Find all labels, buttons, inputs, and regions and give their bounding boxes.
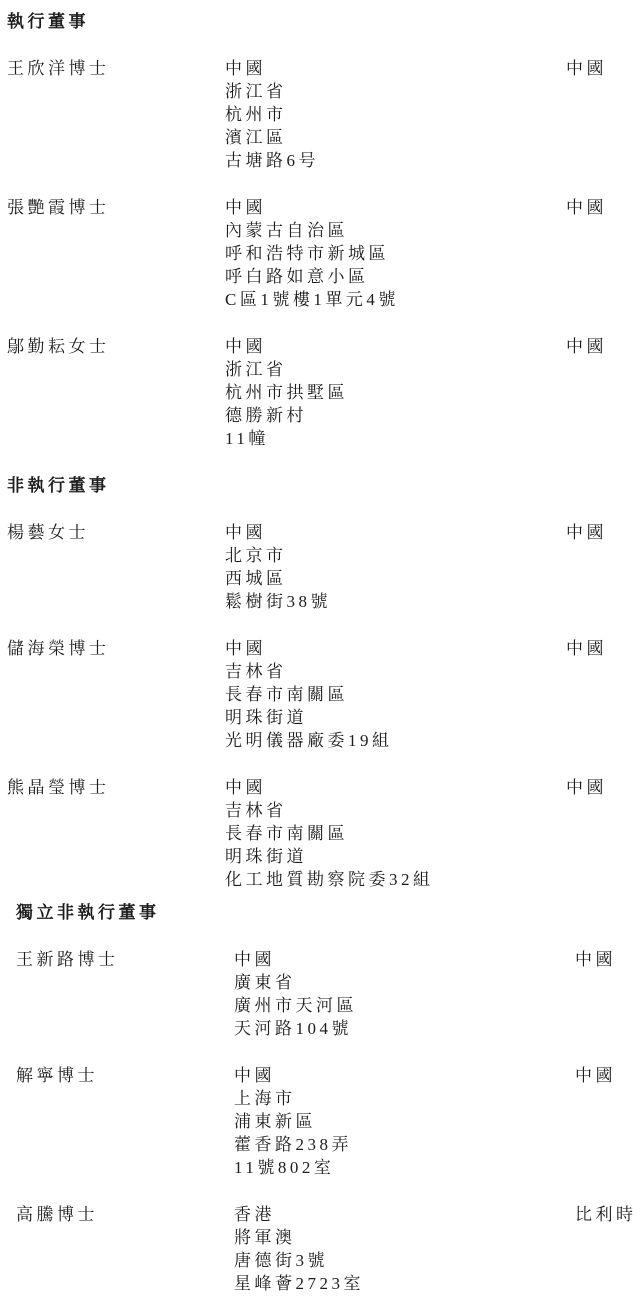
address-line: 唐德街3號 — [234, 1249, 575, 1272]
director-address: 香港將軍澳唐德街3號星峰薈2723室 — [234, 1203, 575, 1295]
address-line: 天河路104號 — [234, 1017, 575, 1040]
address-line: 中國 — [225, 776, 566, 799]
address-line: 明珠街道 — [225, 706, 566, 729]
director-row: 王新路博士 中國廣東省廣州市天河區天河路104號 中國 — [16, 948, 640, 1040]
section-heading: 非執行董事 — [7, 474, 640, 497]
section-rows: 王欣洋博士 中國浙江省杭州市濱江區古塘路6号 中國 張艷霞博士 中國內蒙古自治區… — [7, 57, 640, 450]
address-line: 古塘路6号 — [225, 149, 566, 172]
director-name: 王新路博士 — [16, 948, 234, 971]
director-address: 中國北京市西城區鬆樹街38號 — [225, 521, 566, 613]
address-line: 化工地質勘察院委32組 — [225, 868, 566, 891]
address-line: 上海市 — [234, 1087, 575, 1110]
address-line: 中國 — [225, 637, 566, 660]
address-line: 明珠街道 — [225, 845, 566, 868]
director-nationality: 中國 — [566, 335, 640, 358]
address-line: 中國 — [225, 196, 566, 219]
address-line: 藿香路238弄 — [234, 1133, 575, 1156]
director-nationality: 中國 — [566, 196, 640, 219]
section-heading: 執行董事 — [7, 10, 640, 33]
directors-document-page: 執行董事 王欣洋博士 中國浙江省杭州市濱江區古塘路6号 中國 張艷霞博士 中國內… — [0, 0, 640, 1302]
address-line: C區1號樓1單元4號 — [225, 288, 566, 311]
address-line: 香港 — [234, 1203, 575, 1226]
section-rows: 楊藝女士 中國北京市西城區鬆樹街38號 中國 儲海榮博士 中國吉林省長春市南關區… — [7, 521, 640, 891]
director-address: 中國吉林省長春市南關區明珠街道光明儀器廠委19組 — [225, 637, 566, 752]
address-line: 杭州市 — [225, 103, 566, 126]
director-nationality: 比利時 — [575, 1203, 640, 1226]
address-line: 廣東省 — [234, 971, 575, 994]
director-nationality: 中國 — [566, 776, 640, 799]
director-address: 中國吉林省長春市南關區明珠街道化工地質勘察院委32組 — [225, 776, 566, 891]
director-row: 張艷霞博士 中國內蒙古自治區呼和浩特市新城區呼白路如意小區C區1號樓1單元4號 … — [7, 196, 640, 311]
director-nationality: 中國 — [575, 948, 640, 971]
address-line: 11幢 — [225, 427, 566, 450]
director-row: 鄔勤耘女士 中國浙江省杭州市拱墅區德勝新村11幢 中國 — [7, 335, 640, 450]
director-nationality: 中國 — [566, 57, 640, 80]
director-section: 獨立非執行董事 王新路博士 中國廣東省廣州市天河區天河路104號 中國 解寧博士… — [16, 901, 640, 1295]
address-line: 廣州市天河區 — [234, 994, 575, 1017]
director-name: 解寧博士 — [16, 1064, 234, 1087]
address-line: 中國 — [225, 57, 566, 80]
director-name: 王欣洋博士 — [7, 57, 225, 80]
director-nationality: 中國 — [566, 637, 640, 660]
address-line: 中國 — [225, 521, 566, 544]
director-address: 中國內蒙古自治區呼和浩特市新城區呼白路如意小區C區1號樓1單元4號 — [225, 196, 566, 311]
address-line: 11號802室 — [234, 1156, 575, 1179]
section-heading: 獨立非執行董事 — [16, 901, 640, 924]
address-line: 中國 — [234, 1064, 575, 1087]
director-section: 非執行董事 楊藝女士 中國北京市西城區鬆樹街38號 中國 儲海榮博士 中國吉林省… — [7, 474, 640, 891]
address-line: 濱江區 — [225, 126, 566, 149]
address-line: 內蒙古自治區 — [225, 219, 566, 242]
director-name: 高騰博士 — [16, 1203, 234, 1226]
director-address: 中國浙江省杭州市濱江區古塘路6号 — [225, 57, 566, 172]
director-row: 高騰博士 香港將軍澳唐德街3號星峰薈2723室 比利時 — [16, 1203, 640, 1295]
director-name: 鄔勤耘女士 — [7, 335, 225, 358]
address-line: 星峰薈2723室 — [234, 1272, 575, 1295]
director-address: 中國浙江省杭州市拱墅區德勝新村11幢 — [225, 335, 566, 450]
address-line: 中國 — [234, 948, 575, 971]
address-line: 中國 — [225, 335, 566, 358]
address-line: 鬆樹街38號 — [225, 590, 566, 613]
director-address: 中國廣東省廣州市天河區天河路104號 — [234, 948, 575, 1040]
director-name: 儲海榮博士 — [7, 637, 225, 660]
director-name: 熊晶瑩博士 — [7, 776, 225, 799]
address-line: 德勝新村 — [225, 404, 566, 427]
address-line: 杭州市拱墅區 — [225, 381, 566, 404]
director-address: 中國上海市浦東新區藿香路238弄11號802室 — [234, 1064, 575, 1179]
director-row: 熊晶瑩博士 中國吉林省長春市南關區明珠街道化工地質勘察院委32組 中國 — [7, 776, 640, 891]
address-line: 呼白路如意小區 — [225, 265, 566, 288]
director-section: 執行董事 王欣洋博士 中國浙江省杭州市濱江區古塘路6号 中國 張艷霞博士 中國內… — [7, 10, 640, 450]
director-name: 楊藝女士 — [7, 521, 225, 544]
address-line: 將軍澳 — [234, 1226, 575, 1249]
address-line: 北京市 — [225, 544, 566, 567]
section-rows: 王新路博士 中國廣東省廣州市天河區天河路104號 中國 解寧博士 中國上海市浦東… — [16, 948, 640, 1295]
address-line: 長春市南關區 — [225, 822, 566, 845]
director-row: 儲海榮博士 中國吉林省長春市南關區明珠街道光明儀器廠委19組 中國 — [7, 637, 640, 752]
sections-container: 執行董事 王欣洋博士 中國浙江省杭州市濱江區古塘路6号 中國 張艷霞博士 中國內… — [7, 10, 640, 1295]
address-line: 浙江省 — [225, 80, 566, 103]
address-line: 吉林省 — [225, 799, 566, 822]
director-nationality: 中國 — [566, 521, 640, 544]
address-line: 吉林省 — [225, 660, 566, 683]
address-line: 呼和浩特市新城區 — [225, 242, 566, 265]
director-nationality: 中國 — [575, 1064, 640, 1087]
director-row: 王欣洋博士 中國浙江省杭州市濱江區古塘路6号 中國 — [7, 57, 640, 172]
director-row: 楊藝女士 中國北京市西城區鬆樹街38號 中國 — [7, 521, 640, 613]
address-line: 西城區 — [225, 567, 566, 590]
address-line: 浦東新區 — [234, 1110, 575, 1133]
address-line: 浙江省 — [225, 358, 566, 381]
director-name: 張艷霞博士 — [7, 196, 225, 219]
address-line: 光明儀器廠委19組 — [225, 729, 566, 752]
address-line: 長春市南關區 — [225, 683, 566, 706]
director-row: 解寧博士 中國上海市浦東新區藿香路238弄11號802室 中國 — [16, 1064, 640, 1179]
